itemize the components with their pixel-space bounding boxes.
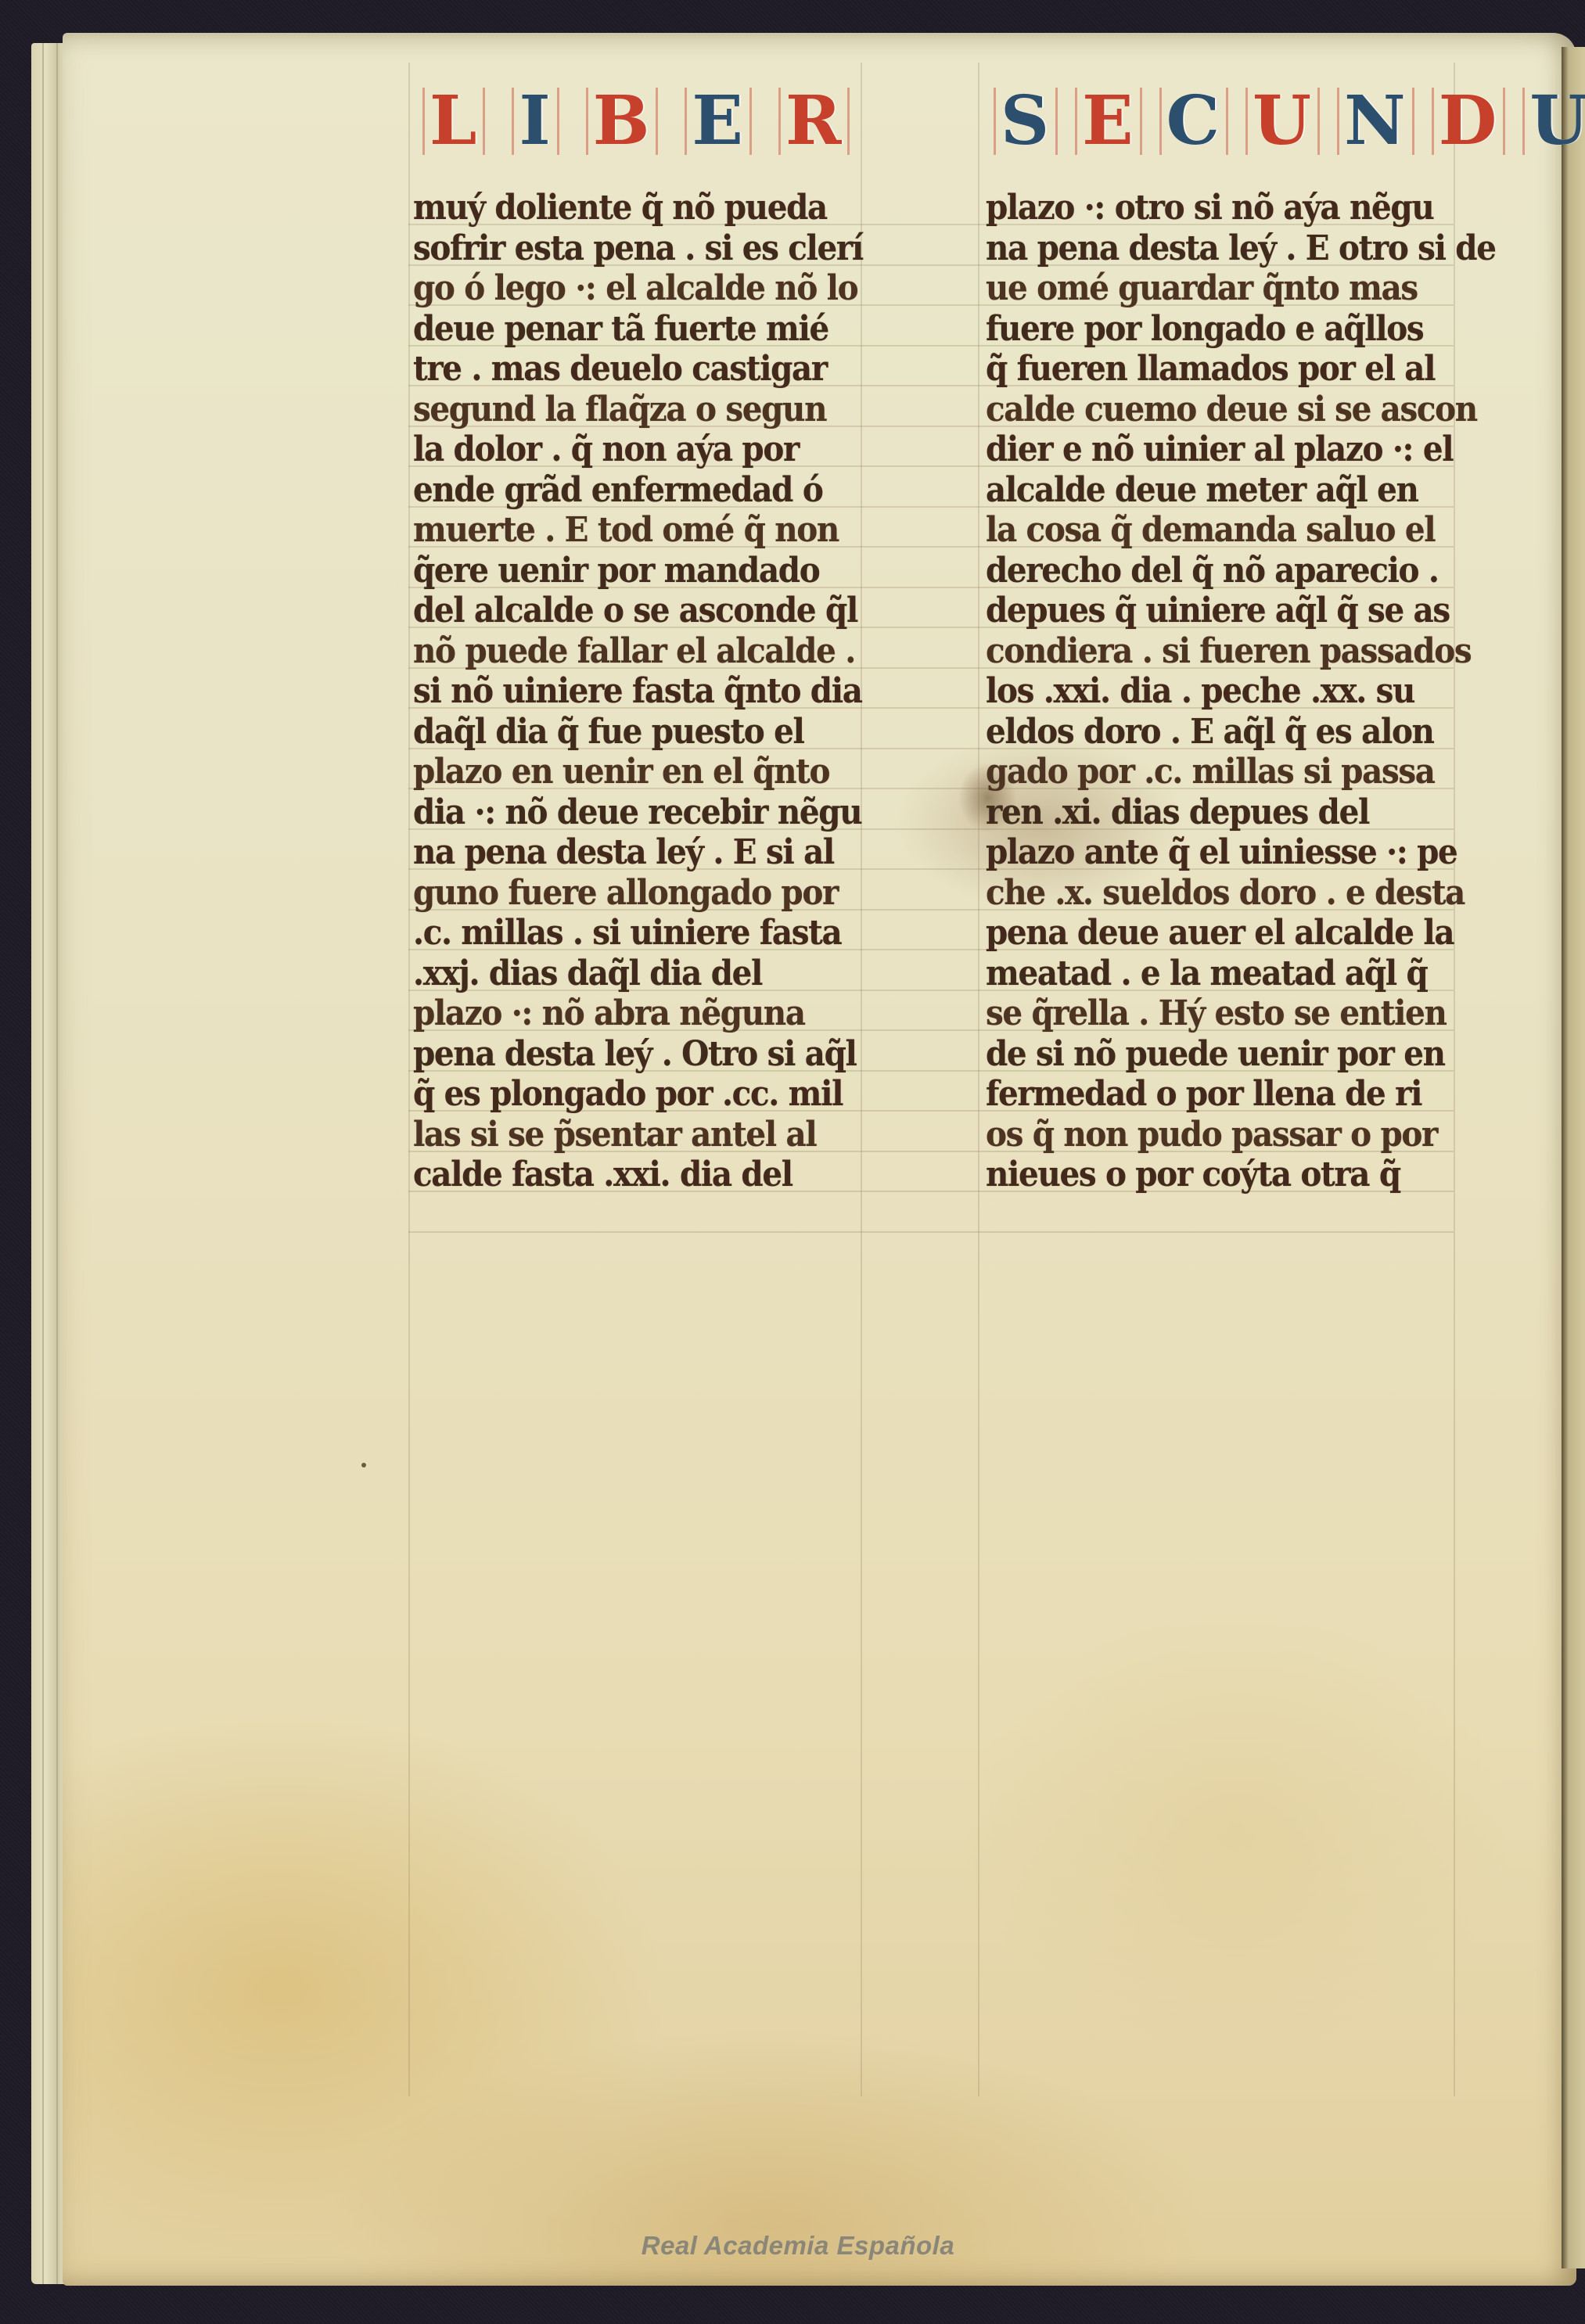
manuscript-line: fuere por longado e aq̃llos xyxy=(986,309,1447,350)
rubric-letter: L xyxy=(422,88,485,155)
manuscript-line: gado por .c. millas si passa xyxy=(986,752,1447,792)
rubric-heading-left: L I B E R xyxy=(422,78,850,164)
manuscript-line: nõ puede fallar el alcalde . xyxy=(413,631,874,672)
manuscript-line: go ó lego ·: el alcalde nõ lo xyxy=(413,268,874,309)
rubric-letter: N xyxy=(1337,88,1414,155)
manuscript-line: alcalde deue meter aq̃l en xyxy=(986,470,1447,511)
rubric-letter: S xyxy=(994,88,1058,155)
manuscript-line: guno fuere allongado por xyxy=(413,873,874,914)
manuscript-line: derecho del q̃ nõ aparecio . xyxy=(986,551,1447,591)
manuscript-line: condiera . si fueren passados xyxy=(986,631,1447,672)
text-column-left: muý doliente q̃ nõ puedasofrir esta pena… xyxy=(413,188,914,1195)
manuscript-line: calde cuemo deue si se ascon xyxy=(986,390,1447,430)
manuscript-line: depues q̃ uiniere aq̃l q̃ se as xyxy=(986,591,1447,631)
manuscript-line: se q̃rella . Hý esto se entien xyxy=(986,993,1447,1034)
manuscript-line: meatad . e la meatad aq̃l q̃ xyxy=(986,954,1447,994)
rubric-heading-right: S E C U N D U s xyxy=(994,78,1585,164)
manuscript-line: dia ·: nõ deue recebir nẽgu xyxy=(413,792,874,833)
rubric-letter: R xyxy=(778,88,850,155)
manuscript-line: del alcalde o se asconde q̃l xyxy=(413,591,874,631)
manuscript-line: na pena desta leý . E otro si de xyxy=(986,228,1447,269)
manuscript-line: os q̃ non pudo passar o por xyxy=(986,1115,1447,1155)
manuscript-line: tre . mas deuelo castigar xyxy=(413,349,874,390)
manuscript-line: plazo ante q̃ el uiniesse ·: pe xyxy=(986,832,1447,873)
manuscript-line: pena deue auer el alcalde la xyxy=(986,913,1447,954)
manuscript-line: de si nõ puede uenir por en xyxy=(986,1034,1447,1075)
manuscript-line: q̃ es plongado por .cc. mil xyxy=(413,1074,874,1115)
ink-speck xyxy=(361,1463,366,1467)
rubric-letter: D xyxy=(1432,88,1506,155)
rubric-letter: U xyxy=(1245,88,1320,155)
manuscript-line: plazo ·: otro si nõ aýa nẽgu xyxy=(986,188,1447,228)
manuscript-line: nieues o por coýta otra q̃ xyxy=(986,1155,1447,1195)
rubric-letter: E xyxy=(1075,88,1142,155)
manuscript-line: dier e nõ uinier al plazo ·: el xyxy=(986,429,1447,470)
manuscript-line: ende grãd enfermedad ó xyxy=(413,470,874,511)
manuscript-line: calde fasta .xxi. dia del xyxy=(413,1155,874,1195)
text-column-right: plazo ·: otro si nõ aýa nẽguna pena dest… xyxy=(986,188,1486,1195)
manuscript-line: ue omé guardar q̃nto mas xyxy=(986,268,1447,309)
manuscript-line: las si se p̃sentar antel al xyxy=(413,1115,874,1155)
manuscript-line: plazo ·: nõ abra nẽguna xyxy=(413,993,874,1034)
ruling-line-right-outer xyxy=(978,63,979,2096)
manuscript-line: segund la flaq̃za o segun xyxy=(413,390,874,430)
manuscript-line: .c. millas . si uiniere fasta xyxy=(413,913,874,954)
manuscript-line: q̃ere uenir por mandado xyxy=(413,551,874,591)
manuscript-line: q̃ fueren llamados por el al xyxy=(986,349,1447,390)
rubric-letter: E xyxy=(685,88,752,155)
next-page-edge xyxy=(1562,47,1585,2268)
manuscript-line: sofrir esta pena . si es clerí xyxy=(413,228,874,269)
manuscript-line: eldos doro . E aq̃l q̃ es alon xyxy=(986,712,1447,753)
rubric-letter: I xyxy=(512,88,559,155)
manuscript-line: fermedad o por llena de ri xyxy=(986,1074,1447,1115)
watermark-real-academia: Real Academia Española xyxy=(595,2231,1001,2261)
manuscript-line: muerte . E tod omé q̃ non xyxy=(413,510,874,551)
manuscript-line: muý doliente q̃ nõ pueda xyxy=(413,188,874,228)
manuscript-line: plazo en uenir en el q̃nto xyxy=(413,752,874,792)
rubric-letter: B xyxy=(586,88,659,155)
manuscript-line: deue penar tã fuerte mié xyxy=(413,309,874,350)
manuscript-line: daq̃l dia q̃ fue puesto el xyxy=(413,712,874,753)
manuscript-line: ren .xi. dias depues del xyxy=(986,792,1447,833)
manuscript-line: che .x. sueldos doro . e desta xyxy=(986,873,1447,914)
manuscript-line: la dolor . q̃ non aýa por xyxy=(413,429,874,470)
manuscript-line: los .xxi. dia . peche .xx. su xyxy=(986,671,1447,712)
manuscript-line: na pena desta leý . E si al xyxy=(413,832,874,873)
manuscript-line: la cosa q̃ demanda saluo el xyxy=(986,510,1447,551)
rubric-letter: C xyxy=(1159,88,1228,155)
manuscript-line: .xxj. dias daq̃l dia del xyxy=(413,954,874,994)
manuscript-line: pena desta leý . Otro si aq̃l xyxy=(413,1034,874,1075)
rubric-letter: U xyxy=(1522,88,1585,155)
manuscript-line: si nõ uiniere fasta q̃nto dia xyxy=(413,671,874,712)
ruling-line xyxy=(408,1231,1454,1233)
ruling-line-left-outer xyxy=(408,63,410,2096)
